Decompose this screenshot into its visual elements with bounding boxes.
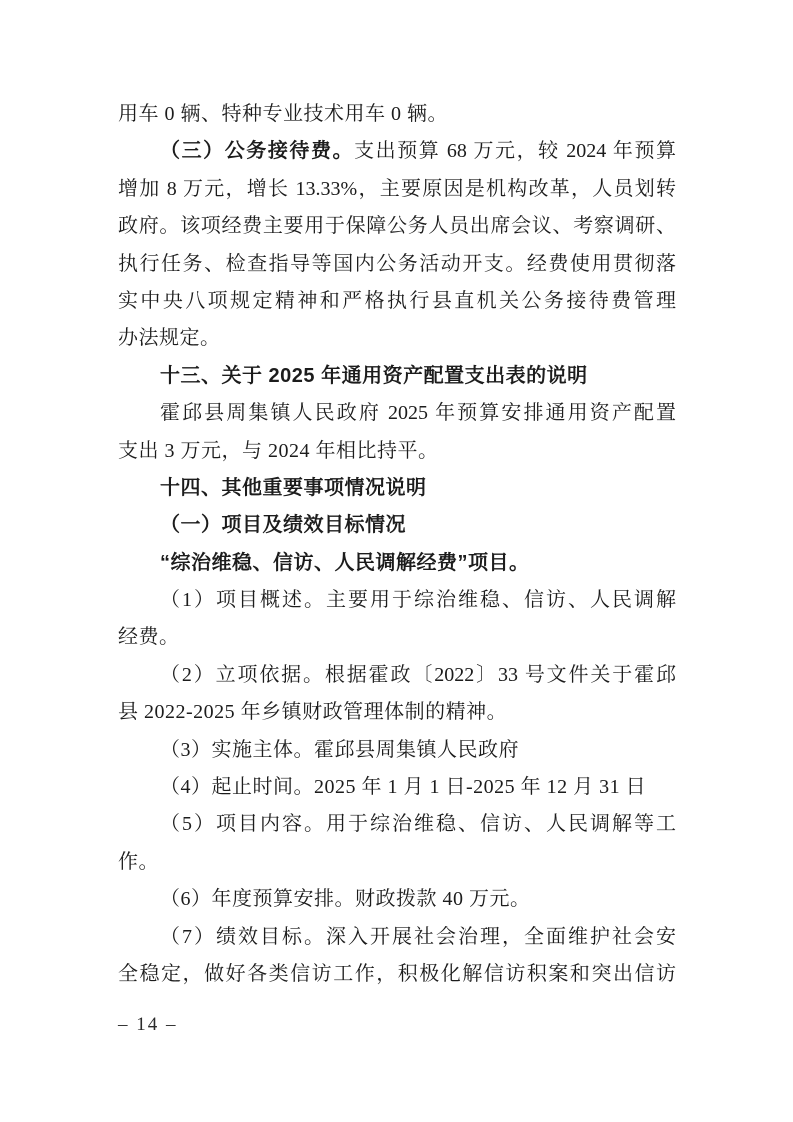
- text-segment: （2）立项依据。根据霍政〔2022〕33 号文件关于霍邱: [160, 664, 676, 686]
- text-line: 作。: [118, 844, 676, 881]
- text-segment: （5）项目内容。用于综治维稳、信访、人民调解等工: [160, 813, 676, 835]
- text-segment: 用车 0 辆、特种专业技术用车 0 辆。: [118, 103, 448, 125]
- text-line: （5）项目内容。用于综治维稳、信访、人民调解等工: [118, 806, 676, 843]
- text-segment: 支出 3 万元，与 2024 年相比持平。: [118, 440, 439, 462]
- text-segment: 作。: [118, 851, 159, 873]
- text-line: 办法规定。: [118, 320, 676, 357]
- text-segment: 全稳定，做好各类信访工作，积极化解信访积案和突出信访: [118, 963, 676, 985]
- text-segment: 经费。: [118, 626, 180, 648]
- text-line: 支出 3 万元，与 2024 年相比持平。: [118, 433, 676, 470]
- bold-text-segment: 十四、其他重要事项情况说明: [160, 477, 427, 499]
- text-segment: （6）年度预算安排。财政拨款 40 万元。: [160, 888, 531, 910]
- text-line: （6）年度预算安排。财政拨款 40 万元。: [118, 881, 676, 918]
- text-segment: （4）起止时间。2025 年 1 月 1 日-2025 年 12 月 31 日: [160, 776, 646, 798]
- text-line: （1）项目概述。主要用于综治维稳、信访、人民调解: [118, 582, 676, 619]
- text-segment: 县 2022-2025 年乡镇财政管理体制的精神。: [118, 701, 507, 723]
- text-line: （一）项目及绩效目标情况: [118, 507, 676, 544]
- text-line: 增加 8 万元，增长 13.33%，主要原因是机构改革，人员划转: [118, 171, 676, 208]
- text-segment: 增加 8 万元，增长 13.33%，主要原因是机构改革，人员划转: [118, 178, 676, 200]
- text-line: 执行任务、检查指导等国内公务活动开支。经费使用贯彻落: [118, 246, 676, 283]
- text-line: （3）实施主体。霍邱县周集镇人民政府: [118, 732, 676, 769]
- text-line: （4）起止时间。2025 年 1 月 1 日-2025 年 12 月 31 日: [118, 769, 676, 806]
- text-segment: 实中央八项规定精神和严格执行县直机关公务接待费管理: [118, 290, 676, 312]
- text-segment: （7）绩效目标。深入开展社会治理，全面维护社会安: [160, 926, 676, 948]
- text-segment: 办法规定。: [118, 327, 221, 349]
- document-page: 用车 0 辆、特种专业技术用车 0 辆。（三）公务接待费。支出预算 68 万元，…: [0, 0, 793, 1122]
- text-line: 用车 0 辆、特种专业技术用车 0 辆。: [118, 96, 676, 133]
- text-segment: 霍邱县周集镇人民政府 2025 年预算安排通用资产配置: [160, 402, 676, 424]
- page-number: – 14 –: [118, 1014, 178, 1036]
- text-line: 实中央八项规定精神和严格执行县直机关公务接待费管理: [118, 283, 676, 320]
- bold-text-segment: （一）项目及绩效目标情况: [160, 514, 406, 536]
- text-segment: 执行任务、检查指导等国内公务活动开支。经费使用贯彻落: [118, 253, 676, 275]
- bold-text-segment: （三）公务接待费。: [160, 140, 354, 162]
- text-line: （2）立项依据。根据霍政〔2022〕33 号文件关于霍邱: [118, 657, 676, 694]
- text-line: （三）公务接待费。支出预算 68 万元，较 2024 年预算: [118, 133, 676, 170]
- bold-text-segment: 十三、关于 2025 年通用资产配置支出表的说明: [160, 365, 588, 387]
- document-text-block: 用车 0 辆、特种专业技术用车 0 辆。（三）公务接待费。支出预算 68 万元，…: [118, 96, 676, 993]
- text-line: 县 2022-2025 年乡镇财政管理体制的精神。: [118, 694, 676, 731]
- text-line: 十三、关于 2025 年通用资产配置支出表的说明: [118, 358, 676, 395]
- text-line: 经费。: [118, 619, 676, 656]
- text-line: 十四、其他重要事项情况说明: [118, 470, 676, 507]
- text-segment: （3）实施主体。霍邱县周集镇人民政府: [160, 739, 519, 761]
- text-segment: 政府。该项经费主要用于保障公务人员出席会议、考察调研、: [118, 215, 676, 237]
- text-segment: 支出预算 68 万元，较 2024 年预算: [354, 140, 676, 162]
- text-line: 霍邱县周集镇人民政府 2025 年预算安排通用资产配置: [118, 395, 676, 432]
- text-line: （7）绩效目标。深入开展社会治理，全面维护社会安: [118, 919, 676, 956]
- text-line: 全稳定，做好各类信访工作，积极化解信访积案和突出信访: [118, 956, 676, 993]
- bold-text-segment: “综治维稳、信访、人民调解经费”项目。: [160, 552, 530, 574]
- text-segment: （1）项目概述。主要用于综治维稳、信访、人民调解: [160, 589, 676, 611]
- text-line: 政府。该项经费主要用于保障公务人员出席会议、考察调研、: [118, 208, 676, 245]
- text-line: “综治维稳、信访、人民调解经费”项目。: [118, 545, 676, 582]
